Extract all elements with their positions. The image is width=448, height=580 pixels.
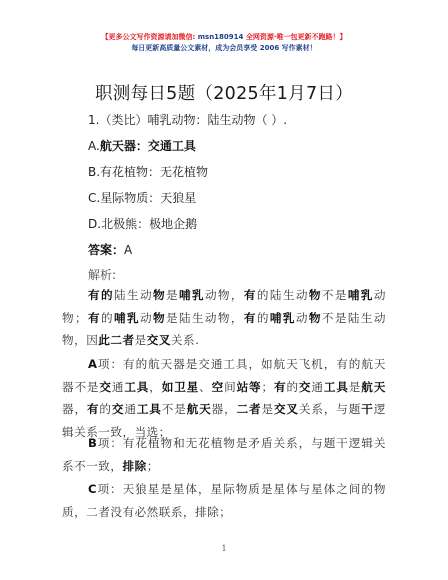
emphasized-text: 二者 bbox=[110, 333, 134, 347]
text-run: 的陆生动 bbox=[257, 288, 309, 302]
text-run: ； bbox=[147, 459, 159, 473]
text-run: 动 bbox=[140, 311, 153, 325]
analysis-paragraph-option-a: A项：有的航天器是交通工具，如航天飞机，有的航天器不是交通工具，如卫星、空间站等… bbox=[62, 353, 386, 443]
text-run: 的 bbox=[286, 380, 298, 394]
text-run: 动物， bbox=[205, 288, 244, 302]
text-run: 不是 bbox=[322, 288, 348, 302]
option-d-letter: D. bbox=[88, 217, 101, 231]
option-a: A.航天器：交通工具 bbox=[88, 137, 196, 154]
text-run: ； bbox=[262, 380, 274, 394]
emphasized-text: 有 bbox=[87, 402, 99, 416]
page-number: 1 bbox=[0, 544, 448, 553]
text-run: 是 bbox=[135, 333, 147, 347]
emphasized-text: 哺乳 bbox=[179, 288, 205, 302]
emphasized-text: 哺乳 bbox=[114, 311, 140, 325]
text-run: 动 bbox=[296, 311, 309, 325]
text-run: 通 bbox=[311, 380, 323, 394]
text-run: 的 bbox=[101, 311, 114, 325]
option-b-letter: B. bbox=[88, 165, 100, 179]
answer-line: 答案：A bbox=[88, 241, 132, 258]
emphasized-text: 有的 bbox=[88, 288, 114, 302]
emphasized-text: 哺乳 bbox=[348, 288, 374, 302]
emphasized-text: 交 bbox=[99, 380, 111, 394]
text-run: 是 bbox=[166, 288, 179, 302]
question-stem: 1.（类比）哺乳动物：陆生动物（ ）. bbox=[88, 111, 287, 128]
emphasized-text: 空 bbox=[212, 380, 224, 394]
text-run: 不是 bbox=[162, 402, 187, 416]
text-run: 通 bbox=[112, 380, 124, 394]
option-a-letter: A. bbox=[88, 139, 100, 153]
emphasized-text: 交叉 bbox=[147, 333, 171, 347]
text-run: 器， bbox=[62, 402, 87, 416]
emphasized-text: B bbox=[88, 436, 97, 450]
emphasized-text: C bbox=[88, 482, 97, 496]
analysis-paragraph-1: 有的陆生动物是哺乳动物，有的陆生动物不是哺乳动物；有的哺乳动物是陆生动物，有的哺… bbox=[62, 284, 386, 352]
analysis-paragraph-option-b: B项：有花植物和无花植物是矛盾关系，与题干逻辑关系不一致，排除； bbox=[62, 432, 386, 477]
text-run: 项：天狼星是星体，星际物质是星体与星体之间的物质，二者没有必然联系，排除； bbox=[62, 482, 386, 519]
page-title: 职测每日5题（2025年1月7日） bbox=[0, 80, 448, 105]
emphasized-text: 哺乳 bbox=[270, 311, 296, 325]
text-run: 是 bbox=[262, 402, 274, 416]
emphasized-text: 航天 bbox=[187, 402, 212, 416]
option-d: D.北极熊：极地企鹅 bbox=[88, 215, 197, 232]
promo-wechat-id: msn180914 bbox=[198, 33, 244, 41]
text-run: 间 bbox=[224, 380, 236, 394]
emphasized-text: 二者 bbox=[237, 402, 262, 416]
emphasized-text: 此 bbox=[98, 333, 110, 347]
emphasized-text: 交 bbox=[299, 380, 311, 394]
emphasized-text: 有 bbox=[244, 288, 257, 302]
answer-label: 答案： bbox=[88, 243, 124, 257]
emphasized-text: 物 bbox=[309, 311, 322, 325]
promo-header-line1: 【更多公文写作资源请加微信: msn180914 全网资源·唯一包更新不跑路！】 bbox=[0, 32, 448, 42]
emphasized-text: 工具 bbox=[324, 380, 349, 394]
emphasized-text: 工具 bbox=[137, 402, 162, 416]
text-run: 器， bbox=[212, 402, 237, 416]
text-run: 关系. bbox=[171, 333, 199, 347]
option-a-text: 航天器：交通工具 bbox=[100, 139, 196, 153]
text-run: 的 bbox=[257, 311, 270, 325]
promo-text-red-1: 【更多公文写作资源请加微信: bbox=[101, 33, 197, 41]
emphasized-text: 有 bbox=[274, 380, 287, 394]
text-run: 通 bbox=[124, 402, 136, 416]
emphasized-text: 干 bbox=[361, 402, 373, 416]
text-run: 陆生动 bbox=[114, 288, 153, 302]
analysis-paragraph-option-c: C项：天狼星是星体，星际物质是星体与星体之间的物质，二者没有必然联系，排除； bbox=[62, 478, 386, 523]
option-c-letter: C. bbox=[88, 191, 100, 205]
document-page: 【更多公文写作资源请加微信: msn180914 全网资源·唯一包更新不跑路！】… bbox=[0, 0, 448, 580]
emphasized-text: 交叉 bbox=[274, 402, 299, 416]
emphasized-text: 工具 bbox=[124, 380, 149, 394]
emphasized-text: 有 bbox=[244, 311, 257, 325]
promo-text-red-2: 全网资源·唯一包更新不跑路！】 bbox=[243, 33, 346, 41]
option-d-text: 北极熊：极地企鹅 bbox=[101, 217, 197, 231]
option-c-text: 星际物质：天狼星 bbox=[100, 191, 196, 205]
text-run: 是 bbox=[349, 380, 361, 394]
emphasized-text: 交 bbox=[112, 402, 124, 416]
emphasized-text: 航天 bbox=[361, 380, 386, 394]
text-run: 项：有花植物和无花植物是矛盾关系，与题干逻辑关系不一致， bbox=[62, 436, 386, 473]
option-b-text: 有花植物：无花植物 bbox=[100, 165, 208, 179]
promo-header-line2: 每日更新高质量公文素材，成为会员享受 2006 写作素材！ bbox=[0, 43, 448, 53]
option-c: C.星际物质：天狼星 bbox=[88, 189, 196, 206]
emphasized-text: 物 bbox=[153, 311, 166, 325]
text-run: 是陆生动物， bbox=[166, 311, 244, 325]
emphasized-text: 有 bbox=[87, 311, 101, 325]
text-run: 、 bbox=[199, 380, 211, 394]
emphasized-text: 如卫星 bbox=[162, 380, 199, 394]
emphasized-text: 物 bbox=[153, 288, 166, 302]
analysis-label: 解析: bbox=[88, 266, 116, 283]
emphasized-text: 排除 bbox=[122, 459, 146, 473]
emphasized-text: 站等 bbox=[237, 380, 262, 394]
text-run: ， bbox=[149, 380, 161, 394]
text-run: 关系，与题 bbox=[299, 402, 361, 416]
text-run: 的 bbox=[99, 402, 111, 416]
option-b: B.有花植物：无花植物 bbox=[88, 163, 208, 180]
emphasized-text: 物 bbox=[309, 288, 322, 302]
answer-value: A bbox=[124, 243, 132, 257]
